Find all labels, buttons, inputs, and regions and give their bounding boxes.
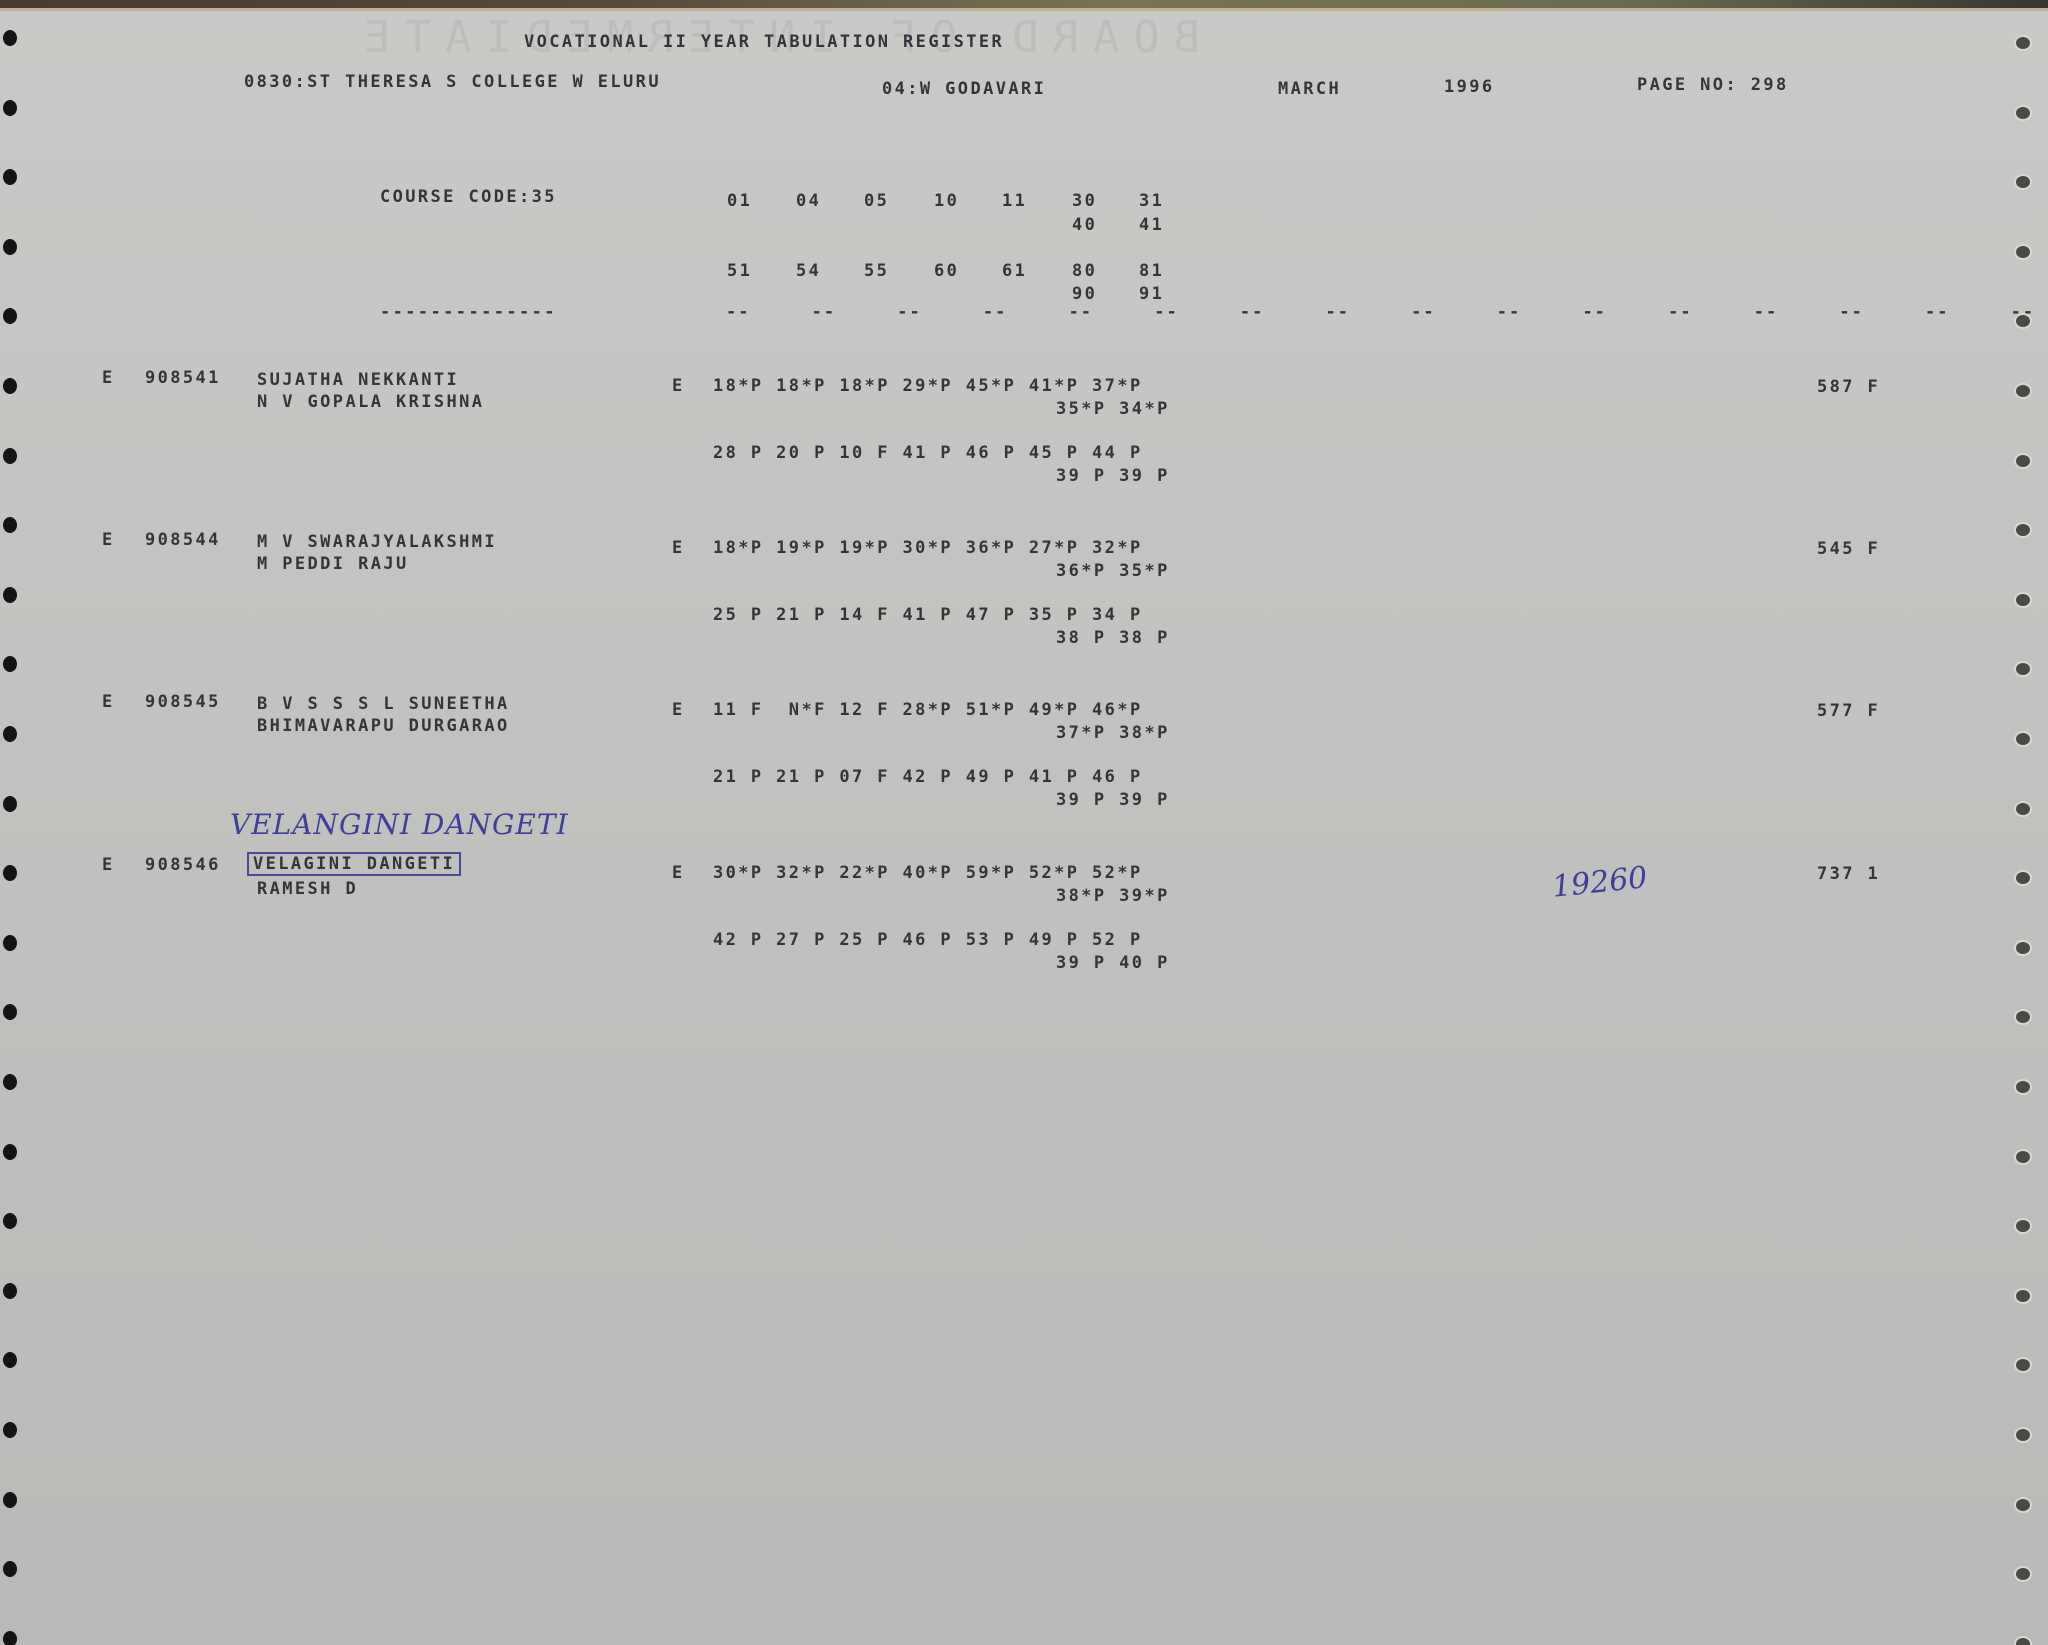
- college-name: 0830:ST THERESA S COLLEGE W ELURU: [244, 72, 661, 92]
- sprocket-hole: [3, 448, 17, 464]
- sprocket-hole: [2016, 663, 2030, 675]
- sprocket-hole: [2016, 1499, 2030, 1511]
- subject-code: 30: [1072, 191, 1097, 211]
- sprocket-hole: [2016, 1220, 2030, 1232]
- marks-part2-sub: 39 P 39 P: [1056, 466, 1170, 486]
- register-title: VOCATIONAL II YEAR TABULATION REGISTER: [524, 32, 1004, 52]
- sprocket-hole: [3, 587, 17, 603]
- handwritten-note: 19260: [1550, 860, 1649, 905]
- subject-code: 81: [1139, 261, 1164, 281]
- medium: E: [672, 863, 685, 883]
- subject-code: 91: [1139, 284, 1164, 304]
- marks-part2-sub: 39 P 40 P: [1056, 953, 1170, 973]
- column-separator-dashes: -- -- -- -- -- -- -- -- -- -- -- -- -- -…: [726, 302, 2035, 322]
- sprocket-hole: [3, 1074, 17, 1090]
- subject-code: 11: [1002, 191, 1027, 211]
- sprocket-hole: [2016, 1568, 2030, 1580]
- sprocket-hole: [3, 1144, 17, 1160]
- marks-part2: 25 P 21 P 14 F 41 P 47 P 35 P 34 P: [713, 605, 1143, 625]
- sprocket-hole: [2016, 594, 2030, 606]
- exam-month: MARCH: [1278, 79, 1341, 99]
- subject-code: 10: [934, 191, 959, 211]
- candidate-type: E: [102, 692, 115, 712]
- subject-code: 05: [864, 191, 889, 211]
- sprocket-hole: [3, 796, 17, 812]
- roll-number: 908541: [145, 368, 221, 388]
- district: 04:W GODAVARI: [882, 79, 1046, 99]
- sprocket-hole: [3, 865, 17, 881]
- marks-part1-sub: 37*P 38*P: [1056, 723, 1170, 743]
- medium: E: [672, 376, 685, 396]
- sprocket-hole: [2016, 803, 2030, 815]
- sprocket-hole: [3, 517, 17, 533]
- sprocket-hole: [3, 1631, 17, 1645]
- sprocket-hole: [2016, 1011, 2030, 1023]
- sprocket-hole: [2016, 872, 2030, 884]
- sprocket-hole: [2016, 176, 2030, 188]
- parent-name: BHIMAVARAPU DURGARAO: [257, 716, 510, 736]
- candidate-type: E: [102, 530, 115, 550]
- roll-number: 908544: [145, 530, 221, 550]
- sprocket-hole: [2016, 942, 2030, 954]
- subject-code: 60: [934, 261, 959, 281]
- sprocket-hole: [3, 239, 17, 255]
- medium: E: [672, 700, 685, 720]
- sprocket-hole: [2016, 107, 2030, 119]
- subject-code: 40: [1072, 215, 1097, 235]
- course-code-label: COURSE CODE:35: [380, 187, 557, 207]
- subject-code: 04: [796, 191, 821, 211]
- parent-name: N V GOPALA KRISHNA: [257, 392, 484, 412]
- course-code-underline: --------------: [380, 302, 557, 322]
- candidate-type: E: [102, 855, 115, 875]
- page-number: PAGE NO: 298: [1637, 75, 1789, 95]
- total-result: 587 F: [1817, 377, 1880, 397]
- sprocket-hole: [2016, 246, 2030, 258]
- sprocket-hole: [3, 100, 17, 116]
- sprocket-hole: [2016, 733, 2030, 745]
- candidate-type: E: [102, 368, 115, 388]
- sprocket-hole: [3, 1213, 17, 1229]
- sprocket-hole: [2016, 385, 2030, 397]
- sprocket-hole: [3, 726, 17, 742]
- sprocket-hole: [3, 1422, 17, 1438]
- subject-code: 31: [1139, 191, 1164, 211]
- sprocket-hole: [2016, 1429, 2030, 1441]
- subject-code: 61: [1002, 261, 1027, 281]
- sprocket-hole: [3, 308, 17, 324]
- medium: E: [672, 538, 685, 558]
- subject-code: 51: [727, 261, 752, 281]
- sprocket-hole: [3, 378, 17, 394]
- sprocket-hole: [3, 1004, 17, 1020]
- sprocket-hole: [2016, 524, 2030, 536]
- subject-code: 01: [727, 191, 752, 211]
- student-name: SUJATHA NEKKANTI: [257, 370, 459, 390]
- sprocket-hole: [2016, 1151, 2030, 1163]
- sprocket-hole: [3, 169, 17, 185]
- sprocket-hole: [2016, 455, 2030, 467]
- handwritten-name-correction: VELANGINI DANGETI: [230, 808, 569, 841]
- subject-code: 54: [796, 261, 821, 281]
- sprocket-hole: [2016, 37, 2030, 49]
- parent-name: RAMESH D: [257, 879, 358, 899]
- total-result: 545 F: [1817, 539, 1880, 559]
- sprocket-hole: [2016, 1290, 2030, 1302]
- sprocket-hole: [3, 1352, 17, 1368]
- sprocket-hole: [2016, 1081, 2030, 1093]
- subject-code: 55: [864, 261, 889, 281]
- subject-code: 90: [1072, 284, 1097, 304]
- student-name: VELAGINI DANGETI: [247, 852, 461, 876]
- sprocket-hole: [3, 30, 17, 46]
- marks-part1: 18*P 18*P 18*P 29*P 45*P 41*P 37*P: [713, 376, 1143, 396]
- top-edge-tint: [0, 8, 2048, 11]
- subject-code: 41: [1139, 215, 1164, 235]
- marks-part1-sub: 38*P 39*P: [1056, 886, 1170, 906]
- marks-part1: 11 F N*F 12 F 28*P 51*P 49*P 46*P: [713, 700, 1143, 720]
- marks-part1: 30*P 32*P 22*P 40*P 59*P 52*P 52*P: [713, 863, 1143, 883]
- roll-number: 908545: [145, 692, 221, 712]
- marks-part1-sub: 36*P 35*P: [1056, 561, 1170, 581]
- sprocket-hole: [3, 1561, 17, 1577]
- marks-part1: 18*P 19*P 19*P 30*P 36*P 27*P 32*P: [713, 538, 1143, 558]
- sprocket-hole: [2016, 1638, 2030, 1645]
- sprocket-hole: [3, 1283, 17, 1299]
- roll-number: 908546: [145, 855, 221, 875]
- exam-year: 1996: [1444, 77, 1495, 97]
- sprocket-hole: [3, 656, 17, 672]
- top-edge-strip: [0, 0, 2048, 8]
- student-name: M V SWARAJYALAKSHMI: [257, 532, 497, 552]
- marks-part2-sub: 38 P 38 P: [1056, 628, 1170, 648]
- marks-part2: 42 P 27 P 25 P 46 P 53 P 49 P 52 P: [713, 930, 1143, 950]
- parent-name: M PEDDI RAJU: [257, 554, 409, 574]
- sprocket-hole: [3, 935, 17, 951]
- marks-part1-sub: 35*P 34*P: [1056, 399, 1170, 419]
- sprocket-hole: [3, 1492, 17, 1508]
- sprocket-hole: [2016, 1359, 2030, 1371]
- student-name: B V S S S L SUNEETHA: [257, 694, 510, 714]
- subject-code: 80: [1072, 261, 1097, 281]
- marks-part2: 28 P 20 P 10 F 41 P 46 P 45 P 44 P: [713, 443, 1143, 463]
- marks-part2: 21 P 21 P 07 F 42 P 49 P 41 P 46 P: [713, 767, 1143, 787]
- total-result: 577 F: [1817, 701, 1880, 721]
- marks-part2-sub: 39 P 39 P: [1056, 790, 1170, 810]
- total-result: 737 1: [1817, 864, 1880, 884]
